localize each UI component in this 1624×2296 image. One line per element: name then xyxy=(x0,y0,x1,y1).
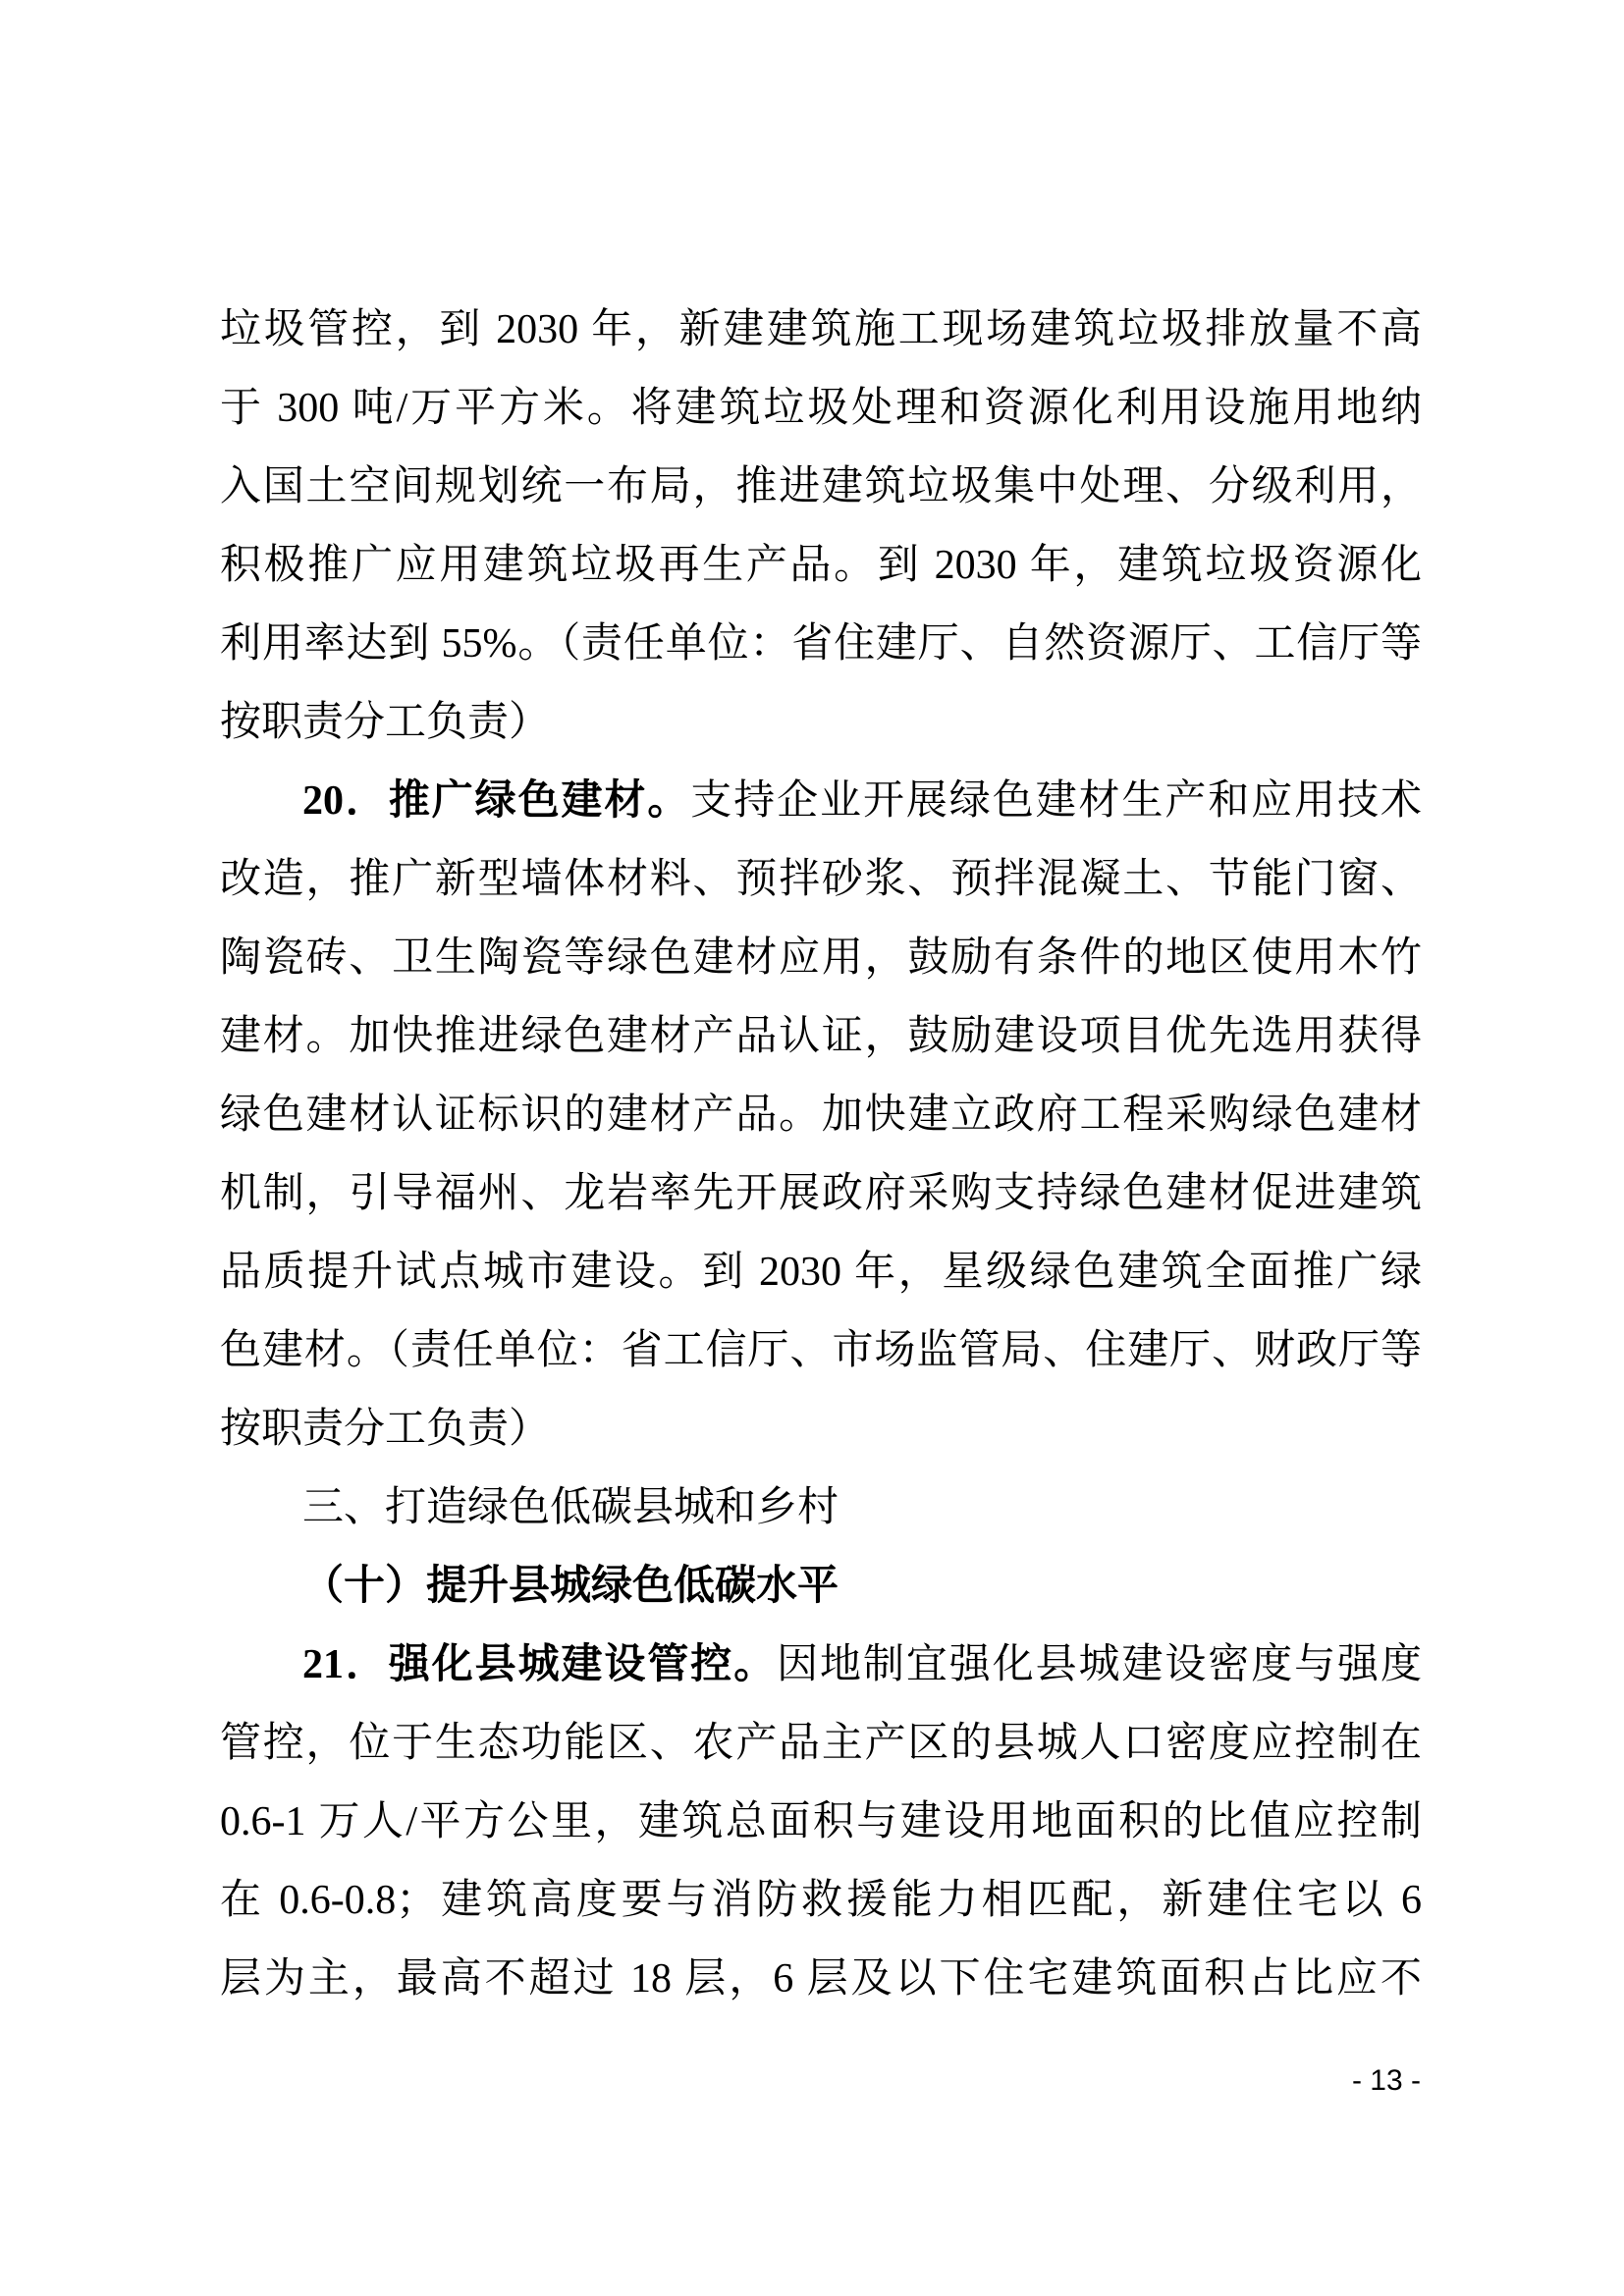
text-run: 管控，位于生态功能区、农产品主产区的县城人口密度应控制在 xyxy=(220,1721,1422,1766)
text-line: 改造，推广新型墙体材料、预拌砂浆、预拌混凝土、节能门窗、 xyxy=(220,840,1422,919)
text-run: 因地制宜强化县城建设密度与强度 xyxy=(777,1642,1422,1687)
text-line: 于 300 吨/万平方米。将建筑垃圾处理和资源化利用设施用地纳 xyxy=(220,369,1422,448)
document-page: 垃圾管控，到 2030 年，新建建筑施工现场建筑垃圾排放量不高 于 300 吨/… xyxy=(0,0,1624,2296)
text-run: 层为主，最高不超过 18 层，6 层及以下住宅建筑面积占比应不 xyxy=(220,1956,1422,2002)
text-line: 0.6-1 万人/平方公里，建筑总面积与建设用地面积的比值应控制 xyxy=(220,1783,1422,1861)
subsection-heading-10: （十）提升县城绿色低碳水平 xyxy=(220,1547,1422,1626)
text-run: 支持企业开展绿色建材生产和应用技术 xyxy=(690,778,1422,824)
text-run: 入国土空间规划统一布局，推进建筑垃圾集中处理、分级利用， xyxy=(220,464,1422,509)
text-run: 利用率达到 55%。（责任单位：省住建厅、自然资源厅、工信厅等 xyxy=(220,621,1422,667)
text-line: 机制，引导福州、龙岩率先开展政府采购支持绿色建材促进建筑 xyxy=(220,1154,1422,1233)
text-line: 管控，位于生态功能区、农产品主产区的县城人口密度应控制在 xyxy=(220,1704,1422,1783)
document-body: 垃圾管控，到 2030 年，新建建筑施工现场建筑垃圾排放量不高 于 300 吨/… xyxy=(220,291,1422,2018)
text-run: 按职责分工负责） xyxy=(220,700,550,745)
text-line: 垃圾管控，到 2030 年，新建建筑施工现场建筑垃圾排放量不高 xyxy=(220,291,1422,369)
text-run: （十）提升县城绿色低碳水平 xyxy=(302,1564,839,1609)
text-run: 三、打造绿色低碳县城和乡村 xyxy=(302,1485,839,1530)
paragraph-21-heading: 21．强化县城建设管控。 xyxy=(302,1642,777,1687)
text-line: 建材。加快推进绿色建材产品认证，鼓励建设项目优先选用获得 xyxy=(220,997,1422,1076)
text-line: 绿色建材认证标识的建材产品。加快建立政府工程采购绿色建材 xyxy=(220,1076,1422,1154)
text-line: 积极推广应用建筑垃圾再生产品。到 2030 年，建筑垃圾资源化 xyxy=(220,526,1422,605)
paragraph-21-lead-line: 21．强化县城建设管控。因地制宜强化县城建设密度与强度 xyxy=(220,1626,1422,1704)
text-run: 陶瓷砖、卫生陶瓷等绿色建材应用，鼓励有条件的地区使用木竹 xyxy=(220,935,1422,981)
text-run: 在 0.6-0.8；建筑高度要与消防救援能力相匹配，新建住宅以 6 xyxy=(220,1878,1422,1923)
text-run: 机制，引导福州、龙岩率先开展政府采购支持绿色建材促进建筑 xyxy=(220,1171,1422,1216)
text-run: 色建材。（责任单位：省工信厅、市场监管局、住建厅、财政厅等 xyxy=(220,1328,1422,1373)
text-run: 品质提升试点城市建设。到 2030 年，星级绿色建筑全面推广绿 xyxy=(220,1250,1422,1295)
text-run: 改造，推广新型墙体材料、预拌砂浆、预拌混凝土、节能门窗、 xyxy=(220,857,1422,902)
text-run: 于 300 吨/万平方米。将建筑垃圾处理和资源化利用设施用地纳 xyxy=(220,386,1422,431)
text-line: 按职责分工负责） xyxy=(220,1390,1422,1468)
text-line: 色建材。（责任单位：省工信厅、市场监管局、住建厅、财政厅等 xyxy=(220,1311,1422,1390)
text-run: 建材。加快推进绿色建材产品认证，鼓励建设项目优先选用获得 xyxy=(220,1014,1422,1059)
text-line: 陶瓷砖、卫生陶瓷等绿色建材应用，鼓励有条件的地区使用木竹 xyxy=(220,919,1422,997)
page-number: - 13 - xyxy=(1352,2061,1421,2101)
text-run: 绿色建材认证标识的建材产品。加快建立政府工程采购绿色建材 xyxy=(220,1093,1422,1138)
section-heading-3: 三、打造绿色低碳县城和乡村 xyxy=(220,1468,1422,1547)
text-line: 入国土空间规划统一布局，推进建筑垃圾集中处理、分级利用， xyxy=(220,448,1422,526)
paragraph-20-lead-line: 20．推广绿色建材。支持企业开展绿色建材生产和应用技术 xyxy=(220,762,1422,840)
text-run: 积极推广应用建筑垃圾再生产品。到 2030 年，建筑垃圾资源化 xyxy=(220,543,1422,588)
text-line: 层为主，最高不超过 18 层，6 层及以下住宅建筑面积占比应不 xyxy=(220,1940,1422,2018)
text-run: 按职责分工负责） xyxy=(220,1407,550,1452)
paragraph-20-heading: 20．推广绿色建材。 xyxy=(302,778,690,824)
text-line: 品质提升试点城市建设。到 2030 年，星级绿色建筑全面推广绿 xyxy=(220,1233,1422,1311)
text-line: 按职责分工负责） xyxy=(220,683,1422,762)
text-run: 0.6-1 万人/平方公里，建筑总面积与建设用地面积的比值应控制 xyxy=(220,1799,1422,1844)
text-line: 在 0.6-0.8；建筑高度要与消防救援能力相匹配，新建住宅以 6 xyxy=(220,1861,1422,1940)
text-line: 利用率达到 55%。（责任单位：省住建厅、自然资源厅、工信厅等 xyxy=(220,605,1422,683)
text-run: 垃圾管控，到 2030 年，新建建筑施工现场建筑垃圾排放量不高 xyxy=(220,307,1422,352)
